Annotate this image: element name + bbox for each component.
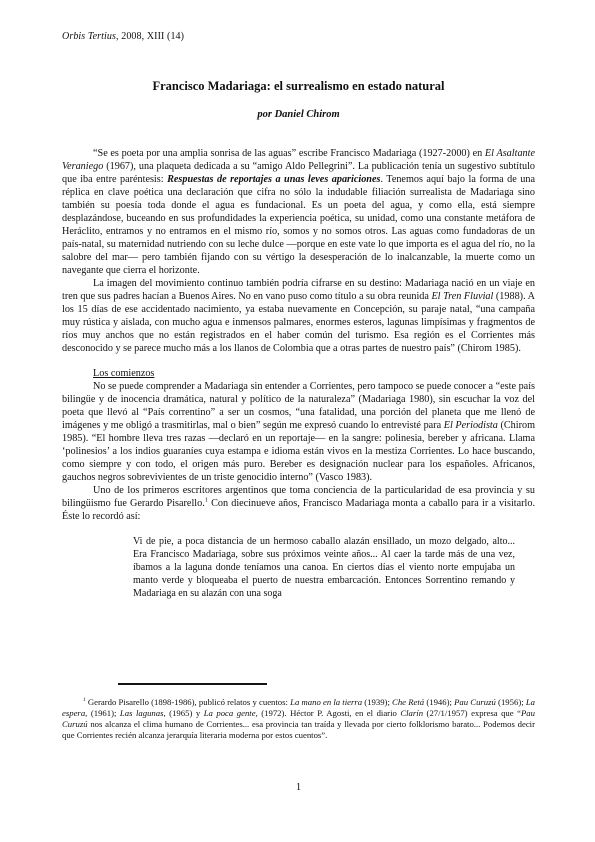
article-byline: por Daniel Chirom (62, 109, 535, 120)
section-heading: Los comienzos (62, 367, 535, 380)
page-title: Francisco Madariaga: el surrealismo en e… (62, 79, 535, 94)
paragraph: No se puede comprender a Madariaga sin e… (62, 380, 535, 484)
paragraph: La imagen del movimiento continuo tambié… (62, 277, 535, 355)
blockquote: Vi de pie, a poca distancia de un hermos… (133, 535, 515, 600)
footnote: 1 Gerardo Pisarello (1898-1986), publicó… (62, 697, 535, 741)
running-header: Orbis Tertius, 2008, XIII (14) (62, 31, 184, 42)
page-number: 1 (62, 782, 535, 793)
paragraph: Uno de los primeros escritores argentino… (62, 484, 535, 523)
article-body: “Se es poeta por una amplia sonrisa de l… (62, 147, 535, 600)
paragraph: “Se es poeta por una amplia sonrisa de l… (62, 147, 535, 277)
footnote-separator (118, 683, 267, 685)
paper-page: Orbis Tertius, 2008, XIII (14) Francisco… (0, 0, 595, 842)
